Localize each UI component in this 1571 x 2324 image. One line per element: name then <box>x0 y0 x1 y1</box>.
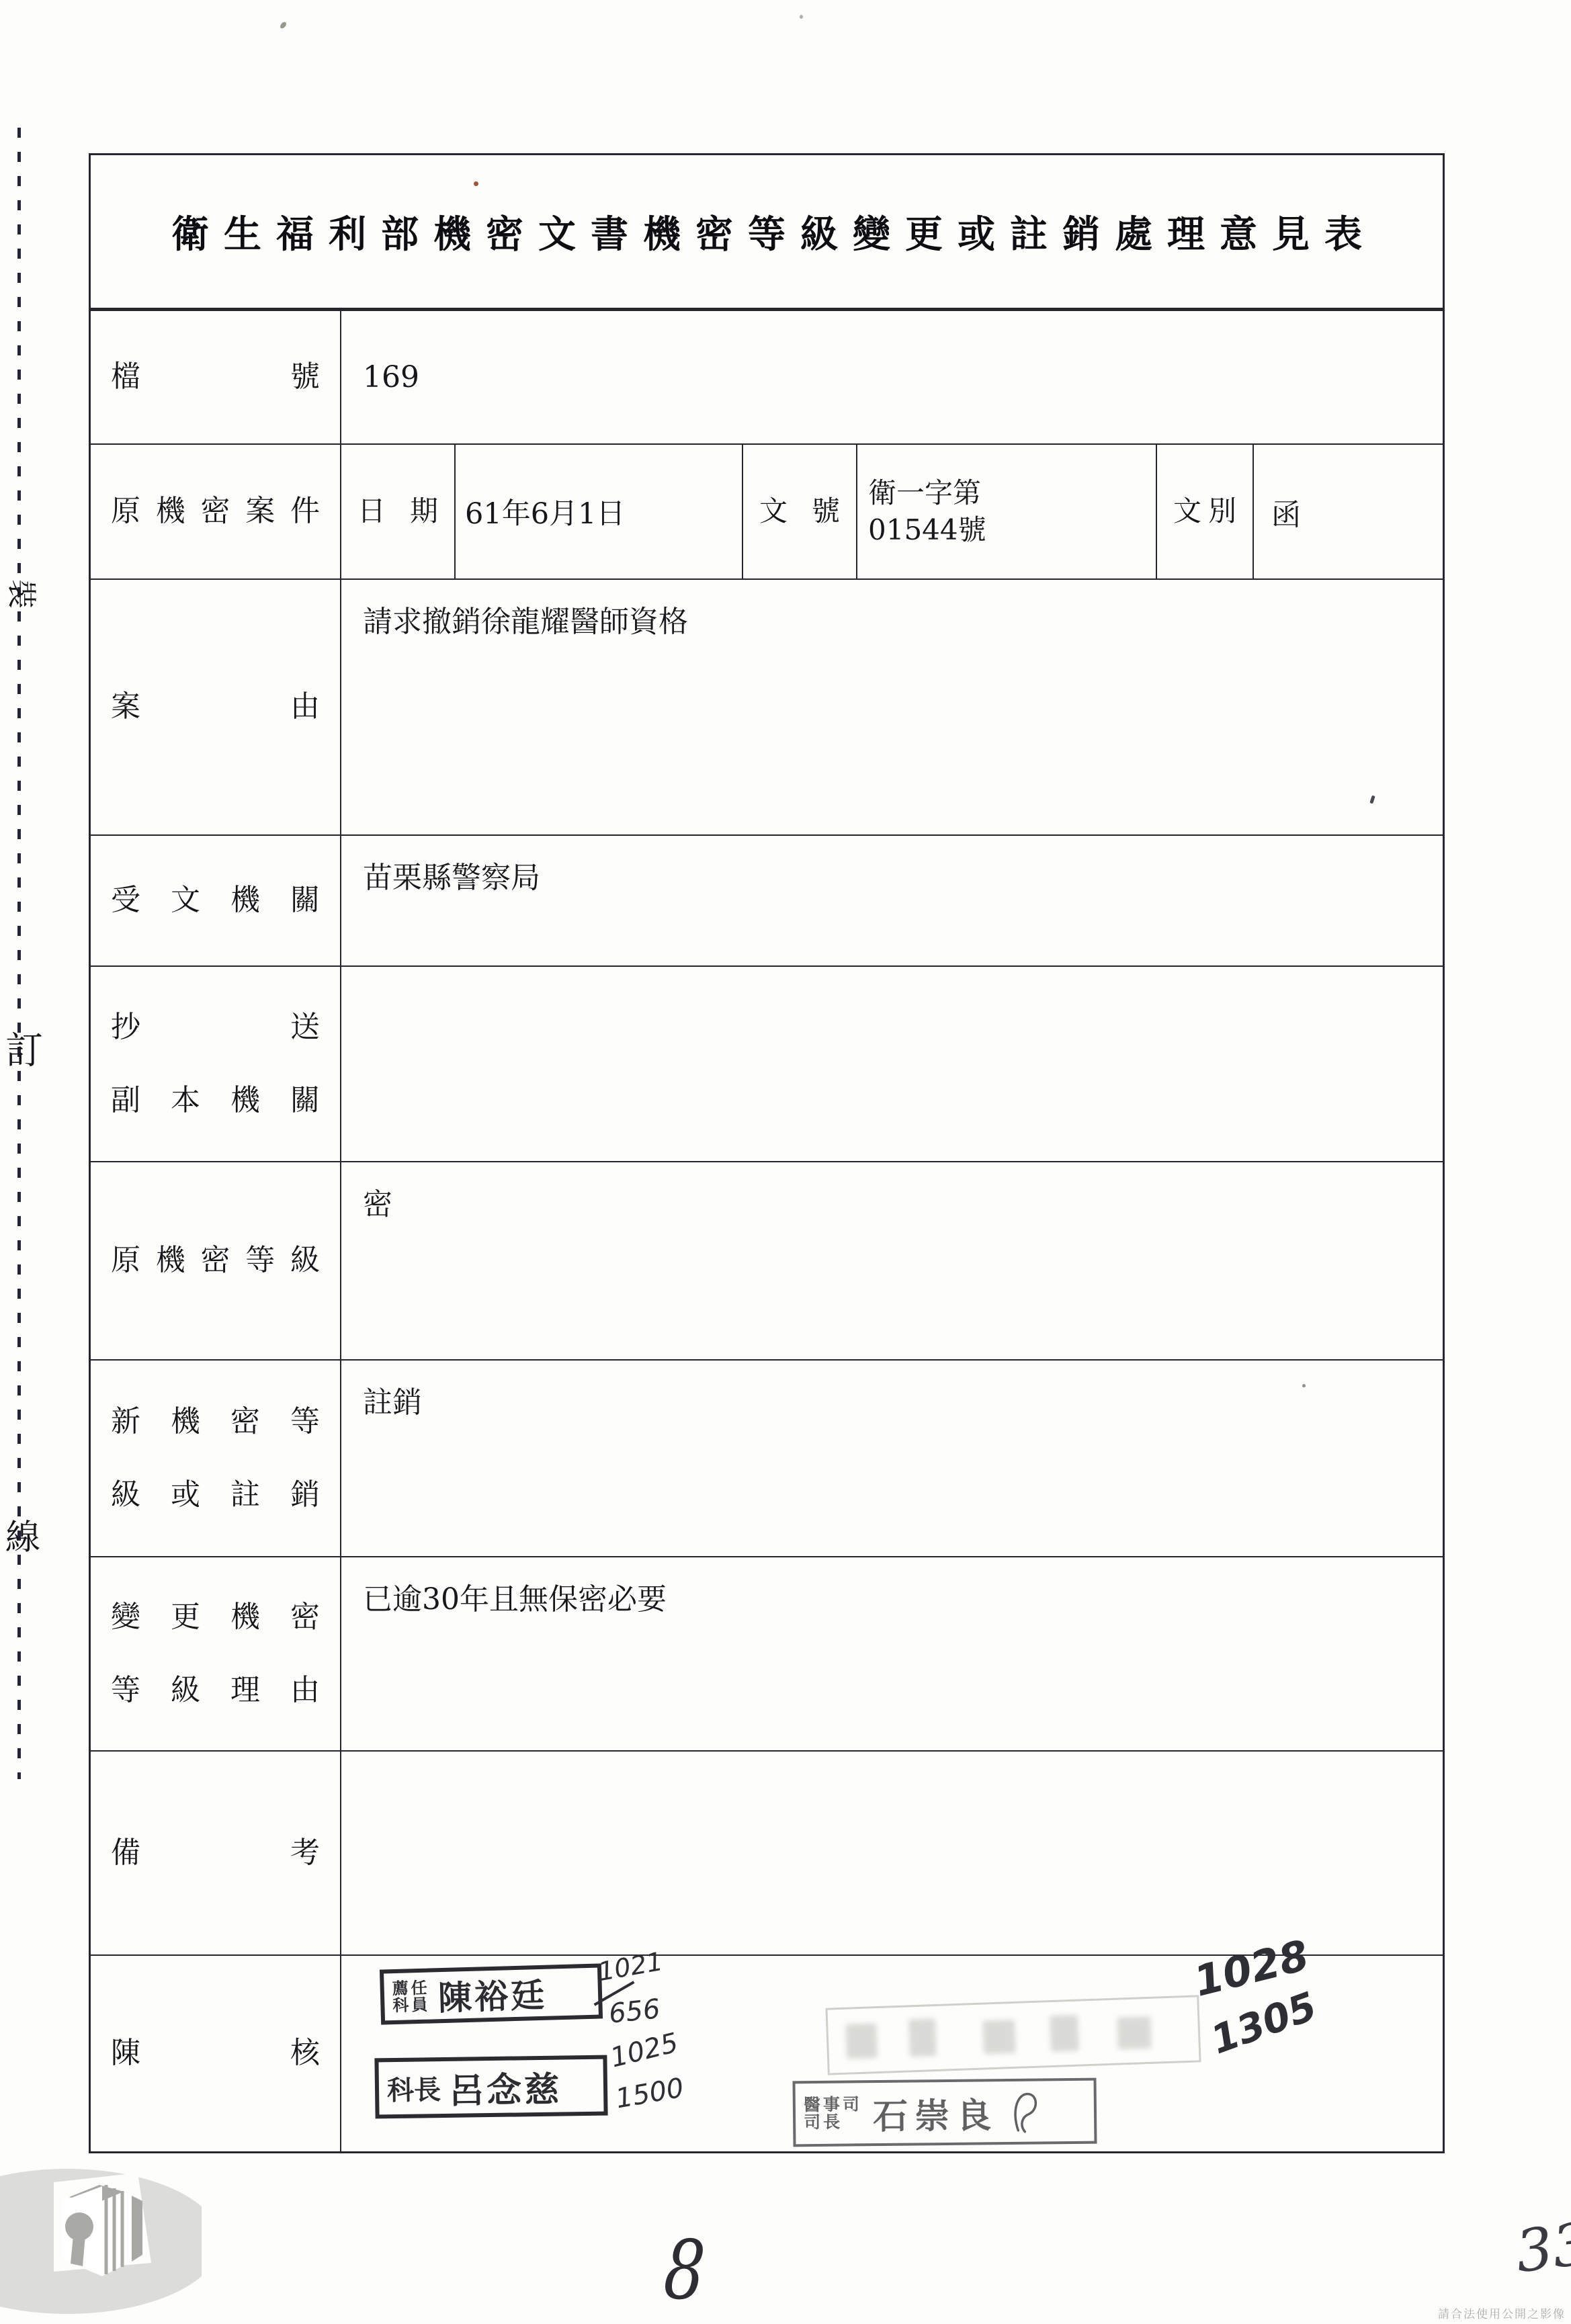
director-stamp-dept: 醫事司 司長 <box>804 2096 863 2131</box>
doc-type-value: 函 <box>1271 490 1301 533</box>
staff-role-line2: 科員 <box>392 1996 431 2014</box>
change-reason-value: 已逾30年且無保密必要 <box>363 1582 667 1617</box>
chief-handwritten-time: 1500 <box>613 2073 686 2115</box>
scan-speck <box>474 181 478 186</box>
remarks-row: 備考 <box>91 1750 1443 1954</box>
recipient-value: 苗栗縣警察局 <box>363 861 540 895</box>
doc-type-value-cell: 函 <box>1254 445 1443 578</box>
original-level-value-cell: 密 <box>341 1162 1443 1359</box>
change-reason-value-cell: 已逾30年且無保密必要 <box>341 1557 1443 1750</box>
recipient-label-cell: 受文機關 <box>91 836 341 965</box>
original-level-label: 原機密等級 <box>111 1244 320 1278</box>
copy-to-value-cell <box>341 967 1443 1161</box>
handwritten-page-number: 8 <box>662 2222 708 2319</box>
copy-to-label-line1: 抄送 <box>111 1010 320 1045</box>
approval-row: 陳核 薦任 科員 陳裕廷 1021 656 科長 呂念慈 1025 <box>91 1954 1443 2151</box>
staff-stamp-name: 陳裕廷 <box>437 1969 548 2020</box>
original-level-label-cell: 原機密等級 <box>91 1162 341 1359</box>
form-title: 衛生福利部機密文書機密等級變更或註銷處理意見表 <box>157 205 1377 259</box>
approval-label-cell: 陳核 <box>91 1956 341 2151</box>
director-stamp-name: 石崇良 <box>873 2087 999 2139</box>
signature-flourish-icon <box>1009 2087 1047 2136</box>
recipient-value-cell: 苗栗縣警察局 <box>341 836 1443 965</box>
change-reason-label-line2: 等級理由 <box>111 1674 320 1708</box>
case-subject-row: 案由 請求撤銷徐龍耀醫師資格 <box>91 578 1443 834</box>
copy-to-row: 抄送 副本機關 <box>91 965 1443 1161</box>
remarks-label: 備考 <box>111 1836 320 1870</box>
recipient-label: 受文機關 <box>111 884 320 918</box>
binding-char-zhuang: 裝 <box>3 579 46 609</box>
new-level-label-line2: 級或註銷 <box>111 1478 320 1512</box>
original-case-label: 原機密案件 <box>111 494 320 529</box>
chief-stamp: 科長 呂念慈 <box>374 2055 607 2119</box>
doc-number-value-cell: 衛一字第 01544號 <box>857 445 1157 578</box>
file-number-label-cell: 檔號 <box>91 311 341 443</box>
chief-handwritten-date: 1025 <box>607 2027 681 2073</box>
date-label: 日期 <box>357 495 438 527</box>
original-level-value: 密 <box>363 1187 392 1221</box>
scan-speck <box>279 21 287 30</box>
new-level-row: 新機密等 級或註銷 註銷 <box>91 1359 1443 1556</box>
director-dept-line2: 司長 <box>804 2113 862 2131</box>
original-case-fields: 日期 61年6月1日 文號 衛一字第 01544號 文別 <box>341 445 1443 578</box>
date-value: 61年6月1日 <box>465 491 625 532</box>
approval-stamps-cell: 薦任 科員 陳裕廷 1021 656 科長 呂念慈 1025 1500 <box>341 1956 1443 2151</box>
usage-watermark: 請合法使用公開之影像 <box>1438 2305 1566 2321</box>
chief-stamp-name: 呂念慈 <box>448 2061 562 2112</box>
stamp-smudge <box>1117 2016 1152 2050</box>
date-value-cell: 61年6月1日 <box>456 445 743 578</box>
recipient-row: 受文機關 苗栗縣警察局 <box>91 834 1443 965</box>
binding-char-xian: 線 <box>5 1509 40 1559</box>
title-row: 衛生福利部機密文書機密等級變更或註銷處理意見表 <box>91 155 1443 308</box>
copy-to-label-line2: 副本機關 <box>111 1084 320 1118</box>
doc-number-line1: 衛一字第 <box>868 475 986 512</box>
stamp-smudge <box>845 2023 878 2059</box>
new-level-label-cell: 新機密等 級或註銷 <box>91 1361 341 1556</box>
approval-label: 陳核 <box>111 2036 320 2071</box>
faint-illegible-stamp <box>825 1995 1201 2075</box>
file-number-row: 檔號 169 <box>91 308 1443 443</box>
file-number-value-cell: 169 <box>341 311 1443 443</box>
case-subject-value-cell: 請求撤銷徐龍耀醫師資格 <box>341 580 1443 834</box>
staff-stamp: 薦任 科員 陳裕廷 <box>380 1963 603 2024</box>
scan-speck <box>800 15 803 19</box>
file-number-label: 檔號 <box>111 360 320 394</box>
director-stamp: 醫事司 司長 石崇良 <box>792 2078 1097 2147</box>
scan-speck <box>1302 1384 1306 1387</box>
new-level-value: 註銷 <box>363 1385 422 1420</box>
original-case-row: 原機密案件 日期 61年6月1日 文號 衛一字第 01544號 <box>91 443 1443 578</box>
case-subject-label: 案由 <box>111 690 320 724</box>
case-subject-value: 請求撤銷徐龍耀醫師資格 <box>363 605 688 639</box>
doc-type-label-cell: 文別 <box>1157 445 1254 578</box>
archives-logo <box>0 2147 202 2324</box>
stamp-smudge <box>908 2018 937 2057</box>
staff-handwritten-time: 656 <box>607 1993 662 2030</box>
staff-stamp-role: 薦任 科員 <box>392 1979 430 2014</box>
original-level-row: 原機密等級 密 <box>91 1161 1443 1359</box>
director-dept-line1: 醫事司 <box>804 2096 862 2114</box>
new-level-value-cell: 註銷 <box>341 1361 1443 1556</box>
new-level-label-line1: 新機密等 <box>111 1405 320 1439</box>
copy-to-label-cell: 抄送 副本機關 <box>91 967 341 1161</box>
remarks-value-cell <box>341 1752 1443 1954</box>
case-subject-label-cell: 案由 <box>91 580 341 834</box>
original-case-label-cell: 原機密案件 <box>91 445 341 578</box>
doc-number-label: 文號 <box>759 495 840 527</box>
form-table: 衛生福利部機密文書機密等級變更或註銷處理意見表 檔號 169 原機密案件 日期 … <box>89 153 1445 2153</box>
remarks-label-cell: 備考 <box>91 1752 341 1954</box>
change-reason-row: 變更機密 等級理由 已逾30年且無保密必要 <box>91 1556 1443 1750</box>
doc-type-label: 文別 <box>1173 495 1236 527</box>
doc-number-label-cell: 文號 <box>743 445 857 578</box>
file-number-value: 169 <box>363 360 419 394</box>
scanned-form-page: 裝 訂 線 衛生福利部機密文書機密等級變更或註銷處理意見表 檔號 169 原機密… <box>0 0 1571 2324</box>
handwritten-folio-number: 33 <box>1512 2210 1571 2286</box>
stamp-smudge <box>982 2020 1016 2055</box>
date-label-cell: 日期 <box>341 445 456 578</box>
change-reason-label-cell: 變更機密 等級理由 <box>91 1557 341 1750</box>
binding-char-ding: 訂 <box>5 1021 43 1075</box>
doc-number-line2: 01544號 <box>868 512 986 549</box>
chief-stamp-role: 科長 <box>387 2069 441 2108</box>
change-reason-label-line1: 變更機密 <box>111 1600 320 1635</box>
stamp-smudge <box>1050 2015 1079 2052</box>
